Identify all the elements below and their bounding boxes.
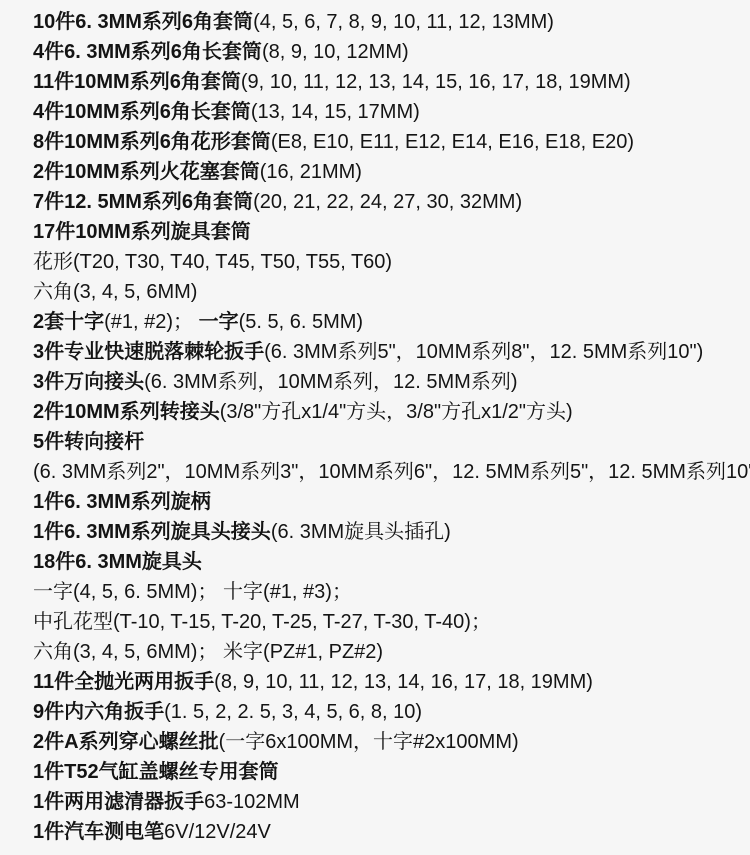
spec-line: 11件全抛光两用扳手(8, 9, 10, 11, 12, 13, 14, 16,… [33, 667, 740, 697]
spec-text-bold: 2件10MM系列转接头 [33, 401, 220, 423]
spec-text-regular: (9, 10, 11, 12, 13, 14, 15, 16, 17, 18, … [241, 71, 631, 93]
spec-line: 8件10MM系列6角花形套筒(E8, E10, E11, E12, E14, E… [33, 127, 740, 157]
spec-text-bold: 2件A系列穿心螺丝批 [33, 731, 219, 753]
spec-line: 10件6. 3MM系列6角套筒(4, 5, 6, 7, 8, 9, 10, 11… [33, 7, 740, 37]
spec-text-regular: 六角(3, 4, 5, 6MM) [33, 281, 197, 303]
spec-line: 7件12. 5MM系列6角套筒(20, 21, 22, 24, 27, 30, … [33, 187, 740, 217]
spec-text-bold: 3件专业快速脱落棘轮扳手 [33, 341, 264, 363]
spec-line: 17件10MM系列旋具套筒 [33, 217, 740, 247]
spec-text-bold: 7件12. 5MM系列6角套筒 [33, 191, 253, 213]
spec-text-regular: (4, 5, 6, 7, 8, 9, 10, 11, 12, 13MM) [253, 11, 554, 33]
spec-text-regular: (3/8"方孔x1/4"方头，3/8"方孔x1/2"方头) [220, 401, 573, 423]
spec-line: 3件万向接头(6. 3MM系列，10MM系列，12. 5MM系列) [33, 367, 740, 397]
spec-line: 1件6. 3MM系列旋具头接头(6. 3MM旋具头插孔) [33, 517, 740, 547]
spec-text-bold: 17件10MM系列旋具套筒 [33, 221, 251, 243]
spec-line: 11件10MM系列6角套筒(9, 10, 11, 12, 13, 14, 15,… [33, 67, 740, 97]
spec-text-bold: 1件两用滤清器扳手 [33, 791, 204, 813]
spec-text-bold: 18件6. 3MM旋具头 [33, 551, 202, 573]
spec-text-regular: (16, 21MM) [260, 161, 362, 183]
spec-text-regular: 一字(4, 5, 6. 5MM)； 十字(#1, #3)； [33, 581, 352, 603]
spec-line: 4件6. 3MM系列6角长套筒(8, 9, 10, 12MM) [33, 37, 740, 67]
spec-text-regular: (一字6x100MM，十字#2x100MM) [219, 731, 519, 753]
spec-text-bold: 8件10MM系列6角花形套筒 [33, 131, 271, 153]
spec-text-regular: (8, 9, 10, 12MM) [262, 41, 409, 63]
spec-line: 1件T52气缸盖螺丝专用套筒 [33, 757, 740, 787]
spec-line: 2套十字(#1, #2)； 一字(5. 5, 6. 5MM) [33, 307, 740, 337]
spec-text-bold: 11件全抛光两用扳手 [33, 671, 214, 693]
spec-text-bold: 2件10MM系列火花塞套筒 [33, 161, 260, 183]
spec-line: 六角(3, 4, 5, 6MM)； 米字(PZ#1, PZ#2) [33, 637, 740, 667]
spec-text-regular: (6. 3MM旋具头插孔) [271, 521, 451, 543]
product-spec-list: 10件6. 3MM系列6角套筒(4, 5, 6, 7, 8, 9, 10, 11… [0, 0, 750, 847]
spec-text-bold: 1件T52气缸盖螺丝专用套筒 [33, 761, 279, 783]
spec-line: 1件汽车测电笔6V/12V/24V [33, 817, 740, 847]
spec-text-regular: (8, 9, 10, 11, 12, 13, 14, 16, 17, 18, 1… [214, 671, 593, 693]
spec-text-regular: (E8, E10, E11, E12, E14, E16, E18, E20) [271, 131, 634, 153]
spec-text-bold: 11件10MM系列6角套筒 [33, 71, 241, 93]
spec-line: 中孔花型(T-10, T-15, T-20, T-25, T-27, T-30,… [33, 607, 740, 637]
spec-text-regular: 花形(T20, T30, T40, T45, T50, T55, T60) [33, 251, 392, 273]
spec-text-bold: 5件转向接杆 [33, 431, 144, 453]
spec-line: 六角(3, 4, 5, 6MM) [33, 277, 740, 307]
spec-text-regular: (6. 3MM系列2"，10MM系列3"，10MM系列6"，12. 5MM系列5… [33, 461, 750, 483]
spec-text-regular: (6. 3MM系列，10MM系列，12. 5MM系列) [144, 371, 517, 393]
spec-text-bold: 3件万向接头 [33, 371, 144, 393]
spec-text-regular: 63-102MM [204, 791, 300, 813]
spec-text-bold: 1件6. 3MM系列旋柄 [33, 491, 211, 513]
spec-text-bold: 2套十字 [33, 311, 104, 333]
spec-line: 2件A系列穿心螺丝批(一字6x100MM，十字#2x100MM) [33, 727, 740, 757]
spec-text-regular: (20, 21, 22, 24, 27, 30, 32MM) [253, 191, 522, 213]
spec-line: 18件6. 3MM旋具头 [33, 547, 740, 577]
spec-line: (6. 3MM系列2"，10MM系列3"，10MM系列6"，12. 5MM系列5… [33, 457, 740, 487]
spec-text-bold: 4件10MM系列6角长套筒 [33, 101, 251, 123]
spec-text-regular: 6V/12V/24V [164, 821, 271, 843]
spec-line: 2件10MM系列火花塞套筒(16, 21MM) [33, 157, 740, 187]
spec-text-bold: 10件6. 3MM系列6角套筒 [33, 11, 253, 33]
spec-line: 2件10MM系列转接头(3/8"方孔x1/4"方头，3/8"方孔x1/2"方头) [33, 397, 740, 427]
spec-text-bold: 一字 [199, 311, 239, 333]
spec-text-regular: (1. 5, 2, 2. 5, 3, 4, 5, 6, 8, 10) [164, 701, 422, 723]
spec-text-bold: 1件6. 3MM系列旋具头接头 [33, 521, 271, 543]
spec-line: 花形(T20, T30, T40, T45, T50, T55, T60) [33, 247, 740, 277]
spec-text-regular: 六角(3, 4, 5, 6MM)； 米字(PZ#1, PZ#2) [33, 641, 383, 663]
spec-text-bold: 9件内六角扳手 [33, 701, 164, 723]
spec-text-bold: 1件汽车测电笔 [33, 821, 164, 843]
spec-line: 3件专业快速脱落棘轮扳手(6. 3MM系列5"，10MM系列8"，12. 5MM… [33, 337, 740, 367]
spec-text-regular: 中孔花型(T-10, T-15, T-20, T-25, T-27, T-30,… [33, 611, 491, 633]
spec-line: 1件两用滤清器扳手63-102MM [33, 787, 740, 817]
spec-line: 4件10MM系列6角长套筒(13, 14, 15, 17MM) [33, 97, 740, 127]
spec-line: 1件6. 3MM系列旋柄 [33, 487, 740, 517]
spec-line: 9件内六角扳手(1. 5, 2, 2. 5, 3, 4, 5, 6, 8, 10… [33, 697, 740, 727]
spec-text-regular: (5. 5, 6. 5MM) [239, 311, 363, 333]
spec-text-bold: 4件6. 3MM系列6角长套筒 [33, 41, 262, 63]
spec-text-regular: (6. 3MM系列5"，10MM系列8"，12. 5MM系列10") [264, 341, 703, 363]
spec-text-regular: (13, 14, 15, 17MM) [251, 101, 420, 123]
spec-line: 5件转向接杆 [33, 427, 740, 457]
spec-text-regular: (#1, #2)； [104, 311, 198, 333]
spec-line: 一字(4, 5, 6. 5MM)； 十字(#1, #3)； [33, 577, 740, 607]
